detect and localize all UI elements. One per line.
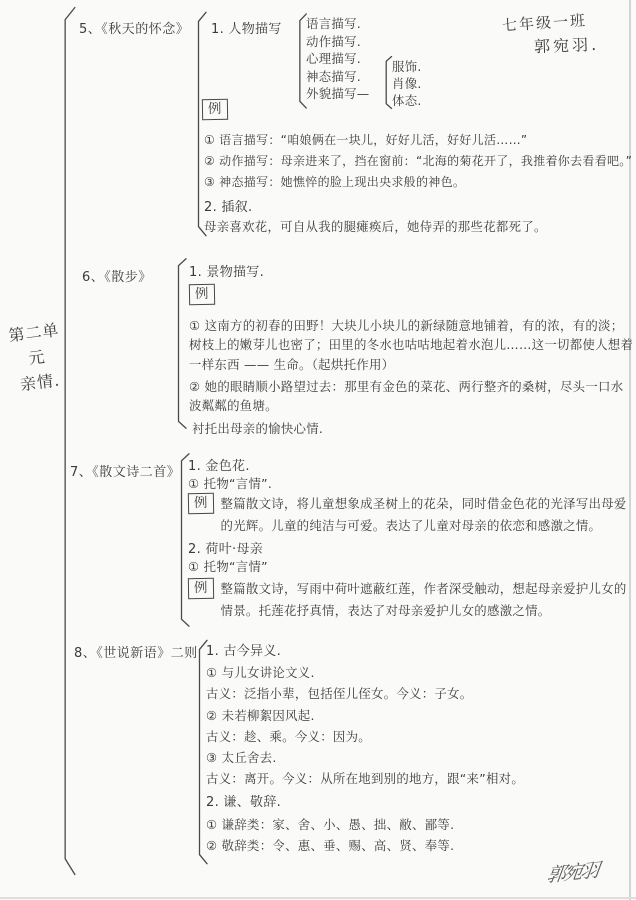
section-7-part2-example: 整篇散文诗，写雨中荷叶遮蔽红莲，作者深受触动，想起母亲爱护儿女的情景。托莲花抒真… bbox=[221, 578, 633, 621]
section-8-line: ② 未若柳絮因风起. bbox=[206, 705, 524, 726]
appearance-sub-item: 肖像. bbox=[392, 75, 422, 92]
section-5-title: 5、《秋天的怀念》 bbox=[79, 18, 189, 37]
desc-type-item: 心理描写. bbox=[306, 50, 369, 68]
appearance-sub-item: 体态. bbox=[392, 92, 422, 109]
section-7-example-row-1: 例 整篇散文诗，将儿童想象成圣树上的花朵，同时借金色花的光泽写出母爱的光辉。儿童… bbox=[188, 493, 632, 536]
section-8-content: 1. 古今异义. ① 与儿女讲论文义. 古义：泛指小辈，包括侄儿侄女。今义：子女… bbox=[206, 641, 524, 856]
desc-type-item: 外貌描写— bbox=[306, 85, 369, 103]
section-5-point2-text: 母亲喜欢花，可自从我的腿瘫痪后，她侍弄的那些花都死了。 bbox=[204, 217, 547, 235]
section-8-line: 古义：趁、乘。今义：因为。 bbox=[206, 726, 524, 747]
class-name: 七年级一班 bbox=[501, 9, 587, 35]
section-8-line: ③ 太丘舍去. bbox=[206, 747, 524, 768]
section-6-closing: 衬托出母亲的愉快心情. bbox=[192, 419, 323, 437]
section-7-part1-example: 整篇散文诗，将儿童想象成圣树上的花朵，同时借金色花的光泽写出母爱的光辉。儿童的纯… bbox=[221, 493, 633, 536]
section-6-point1: 1. 景物描写. bbox=[189, 261, 264, 280]
section-7-title: 7、《散文诗二首》 bbox=[70, 461, 180, 480]
desc-type-item: 动作描写. bbox=[306, 33, 369, 51]
example-box-label: 例 bbox=[189, 284, 215, 306]
signature: 郭宛羽 bbox=[545, 855, 600, 888]
desc-type-item: 语言描写. bbox=[306, 15, 369, 33]
appearance-sub-list: 服饰. 肖像. 体态. bbox=[392, 58, 422, 110]
student-name: 郭宛羽. bbox=[534, 32, 600, 57]
description-types-list: 语言描写. 动作描写. 心理描写. 神态描写. 外貌描写— bbox=[306, 15, 369, 103]
paper-edge-right bbox=[629, 0, 631, 900]
section-5-example-3: ③ 神态描写：她憔悴的脸上现出央求般的神色。 bbox=[204, 173, 465, 190]
section-8-part2-title: 2. 谦、敬辞. bbox=[206, 792, 524, 813]
section-7-part2-title: 2. 荷叶·母亲 bbox=[188, 538, 263, 557]
section-8-line: 古义：离开。今义：从所在地到别的地方，跟“来”相对。 bbox=[206, 768, 524, 789]
section-5-example-2: ② 动作描写：母亲进来了，挡在窗前：“北海的菊花开了，我推着你去看看吧。” bbox=[204, 152, 632, 169]
section-8-line: ① 谦辞类：家、舍、小、愚、拙、敝、鄙等. bbox=[206, 814, 524, 835]
appearance-sub-item: 服饰. bbox=[392, 58, 422, 75]
section-6-title: 6、《散步》 bbox=[82, 266, 152, 285]
section-7-part1-sub: ① 托物“言情”. bbox=[188, 474, 272, 492]
notebook-page: 七年级一班 郭宛羽. 第二单元 亲情. 5、《秋天的怀念》 1. 人物描写 语言… bbox=[0, 0, 636, 900]
section-8-title: 8、《世说新语》二则 bbox=[74, 642, 198, 661]
section-6-brace bbox=[174, 257, 188, 430]
section-5-example-1: ① 语言描写：“咱娘俩在一块儿，好好儿活，好好儿活……” bbox=[204, 131, 527, 148]
example-box-label: 例 bbox=[188, 493, 214, 515]
section-5-point2: 2. 插叙. bbox=[204, 196, 252, 215]
section-8-line: ② 敬辞类：令、惠、垂、赐、高、贤、奉等. bbox=[206, 835, 524, 856]
section-8-line: ① 与儿女讲论文义. bbox=[206, 662, 524, 683]
section-5-point1: 1. 人物描写 bbox=[211, 18, 282, 37]
section-7-part2-sub: ① 托物“言情” bbox=[188, 557, 268, 575]
section-5-example-box: 例 bbox=[202, 99, 228, 120]
section-6-example-2: ② 她的眼睛顺小路望过去：那里有金色的菜花、两行整齐的桑树，尽头一口水波粼粼的鱼… bbox=[189, 377, 636, 416]
paper-edge-bottom bbox=[0, 897, 636, 899]
desc-type-item: 神态描写. bbox=[306, 68, 369, 86]
example-box-label: 例 bbox=[188, 578, 214, 600]
section-7-example-row-2: 例 整篇散文诗，写雨中荷叶遮蔽红莲，作者深受触动，想起母亲爱护儿女的情景。托莲花… bbox=[188, 578, 632, 621]
section-8-line: 古义：泛指小辈，包括侄儿侄女。今义：子女。 bbox=[206, 683, 524, 704]
example-box-label: 例 bbox=[202, 99, 228, 121]
section-7-part1-title: 1. 金色花. bbox=[188, 455, 250, 474]
section-6-example-1: ① 这南方的初春的田野！大块儿小块儿的新绿随意地铺着，有的浓，有的淡；树枝上的嫩… bbox=[189, 316, 636, 374]
outer-brace bbox=[60, 4, 76, 878]
section-8-part1-title: 1. 古今异义. bbox=[206, 641, 524, 662]
section-6-example-box: 例 bbox=[189, 284, 215, 305]
